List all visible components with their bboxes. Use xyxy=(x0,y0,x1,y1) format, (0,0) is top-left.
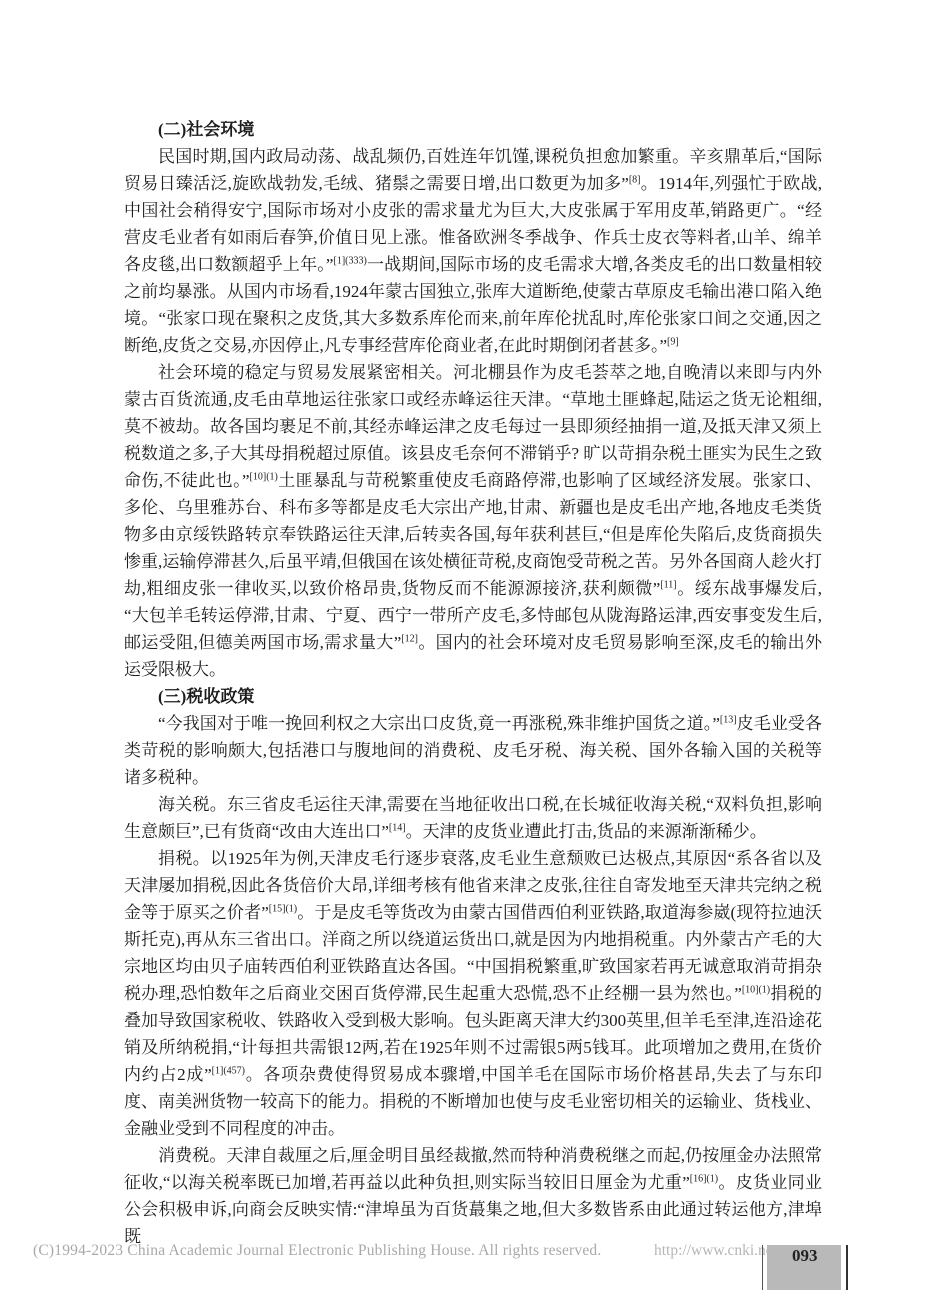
page-number-box: 093 xyxy=(767,1245,841,1290)
paragraph: 社会环境的稳定与贸易发展紧密相关。河北棚县作为皮毛荟萃之地,自晚清以来即与内外蒙… xyxy=(124,359,822,683)
journal-page: (二)社会环境民国时期,国内政局动荡、战乱频仍,百姓连年饥馑,课税负担愈加繁重。… xyxy=(0,0,950,1290)
page-margin-rule-left xyxy=(762,1245,763,1290)
paragraph: 消费税。天津自裁厘之后,厘金明目虽经裁撤,然而特种消费税继之而起,仍按厘金办法照… xyxy=(124,1142,822,1250)
citation-ref: [1](333) xyxy=(333,255,366,266)
citation-ref: [12] xyxy=(401,633,418,644)
page-margin-rule-right xyxy=(846,1245,848,1290)
page-number: 093 xyxy=(792,1246,818,1266)
citation-ref: [15](1) xyxy=(269,903,297,914)
citation-ref: [14] xyxy=(389,822,406,833)
paragraph: 捐税。以1925年为例,天津皮毛行逐步衰落,皮毛业生意颓败已达极点,其原因“系各… xyxy=(124,845,822,1142)
section-heading: (二)社会环境 xyxy=(124,116,822,143)
citation-ref: [13] xyxy=(720,714,737,725)
article-body: (二)社会环境民国时期,国内政局动荡、战乱频仍,百姓连年饥馑,课税负担愈加繁重。… xyxy=(124,116,822,1250)
paragraph: “今我国对于唯一挽回利权之大宗出口皮货,竟一再涨税,殊非维护国货之道。”[13]… xyxy=(124,710,822,791)
citation-ref: [11] xyxy=(660,579,676,590)
citation-ref: [1](457) xyxy=(212,1065,245,1076)
section-heading: (三)税收政策 xyxy=(124,683,822,710)
paragraph: 民国时期,国内政局动荡、战乱频仍,百姓连年饥馑,课税负担愈加繁重。辛亥鼎革后,“… xyxy=(124,143,822,359)
citation-ref: [10](1) xyxy=(250,471,278,482)
footer-copyright-text: (C)1994-2023 China Academic Journal Elec… xyxy=(33,1242,601,1260)
citation-ref: [16](1) xyxy=(690,1173,718,1184)
paragraph: 海关税。东三省皮毛运往天津,需要在当地征收出口税,在长城征收海关税,“双料负担,… xyxy=(124,791,822,845)
citation-ref: [10](1) xyxy=(742,984,770,995)
citation-ref: [9] xyxy=(667,336,679,347)
footer-cnki-url: http://www.cnki.net xyxy=(654,1242,777,1260)
citation-ref: [8] xyxy=(629,174,641,185)
